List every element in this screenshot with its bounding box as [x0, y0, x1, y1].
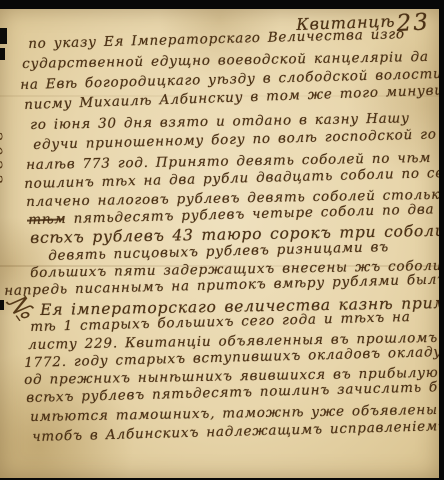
scan-edge-artifact — [0, 48, 5, 60]
manuscript-line: по указу Ея Імператорскаго Величества из… — [28, 26, 405, 52]
margin-archival-number: 2023 — [0, 131, 6, 188]
scan-edge-artifact — [0, 300, 4, 310]
scan-edge-artifact — [0, 28, 7, 44]
manuscript-page: Квитанцѣ 23 2023 № по указу Ея Імператор… — [0, 9, 439, 478]
